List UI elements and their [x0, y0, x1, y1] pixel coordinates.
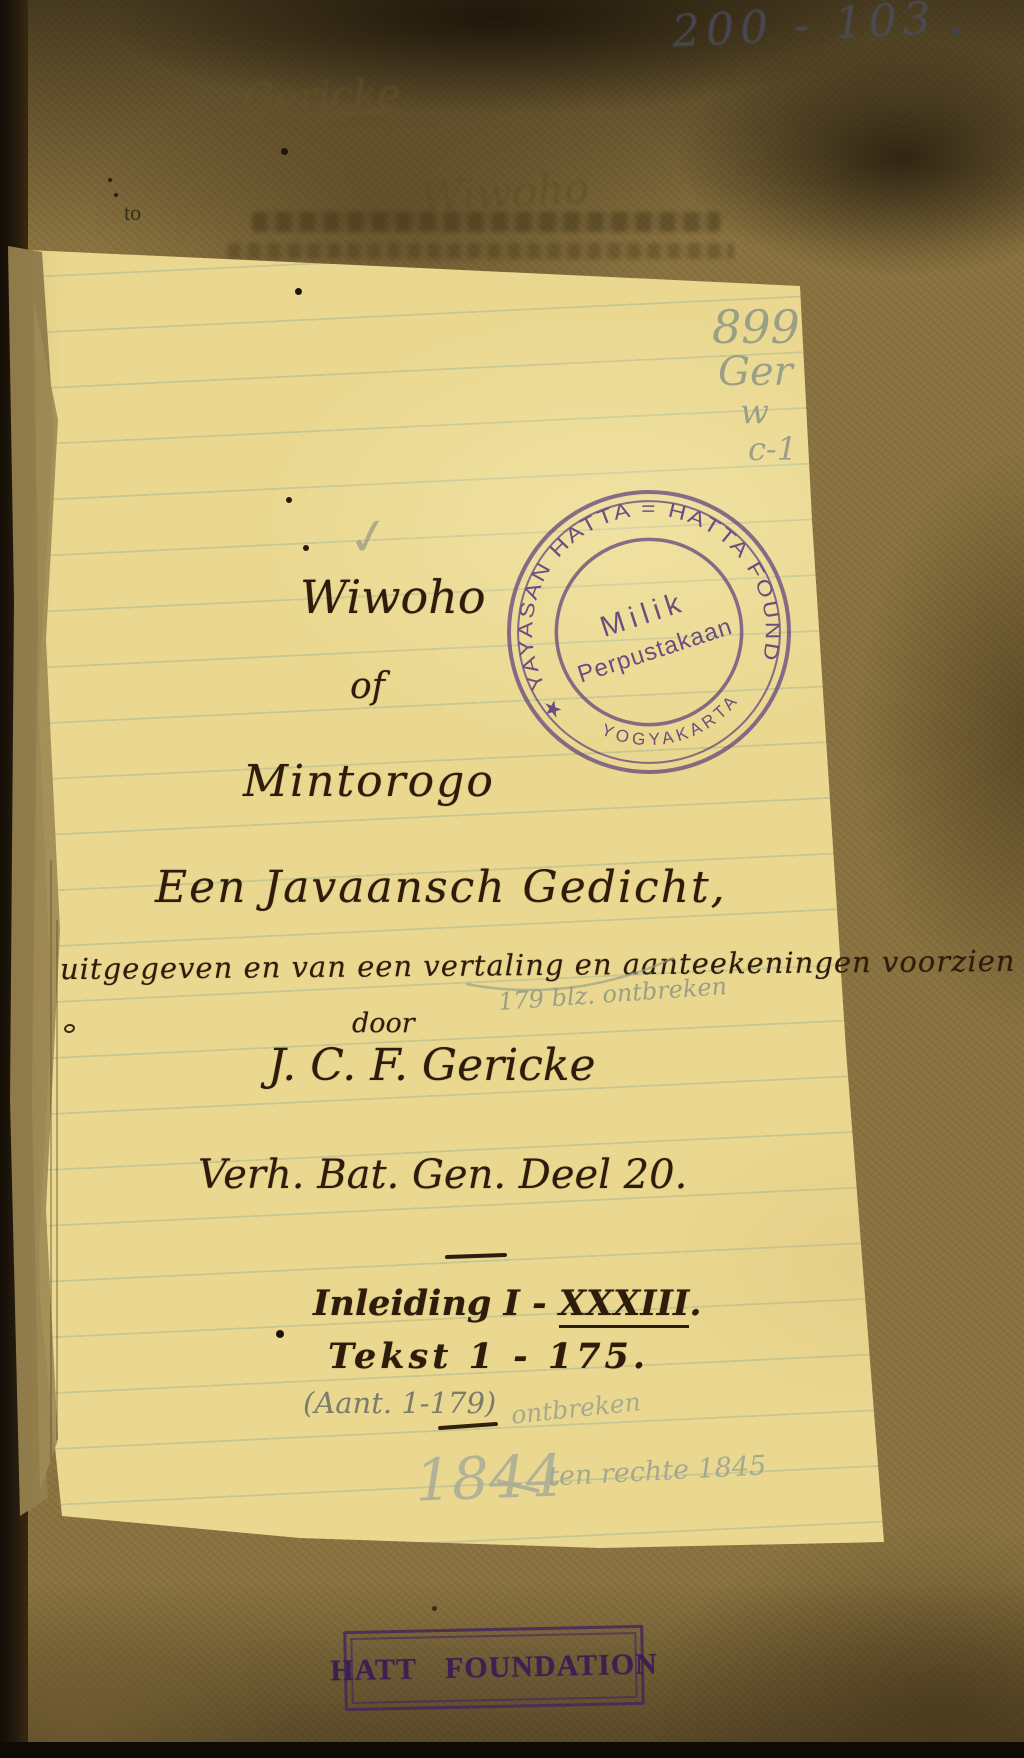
foundation-stamp-word1: HATT: [330, 1653, 417, 1689]
paper-crease: [50, 860, 52, 1460]
stamp-city-text: YOGYAKARTA: [595, 687, 749, 764]
call-number-copy: c-1: [748, 431, 840, 468]
ink-speck: [295, 288, 302, 295]
svg-text:YOGYAKARTA: YOGYAKARTA: [595, 687, 749, 764]
call-number-author: Ger: [718, 350, 840, 394]
author-name: J. C. F. Gericke: [268, 1040, 596, 1091]
ink-dot: [952, 28, 960, 36]
series-reference: Verh. Bat. Gen. Deel 20.: [198, 1152, 687, 1198]
title-line-mintorogo: Mintorogo: [243, 756, 495, 807]
ink-speck: [108, 178, 112, 182]
title-line-of: of: [350, 666, 385, 707]
ghost-author-inscription: Gericke: [242, 71, 401, 122]
subtitle-javaansch-gedicht: Een Javaansch Gedicht,: [155, 862, 727, 913]
book-cover-photo: 200 - 103 Gericke to Wiwoho 899 Ger w c-…: [0, 0, 1024, 1758]
aant-range: (Aant. 1-179): [303, 1386, 496, 1420]
faded-print-smudge: [252, 212, 720, 232]
ink-speck: [114, 193, 118, 197]
photo-bottom-edge: [0, 1742, 1024, 1758]
paper-crease: [56, 920, 58, 1440]
foundation-stamp-word2: FOUNDATION: [445, 1648, 658, 1686]
ink-speck: [303, 545, 309, 551]
inleiding-suffix: .: [689, 1283, 701, 1324]
pencil-year: 1844: [414, 1441, 564, 1514]
inleiding-prefix: Inleiding I -: [313, 1283, 559, 1324]
contents-tekst-line: Tekst 1 - 175.: [328, 1336, 649, 1377]
title-line-wiwoho: Wiwoho: [300, 570, 486, 624]
ink-speck: [286, 497, 292, 503]
contents-aant-line: (Aant. 1-179) ontbreken: [303, 1386, 640, 1420]
faded-print-smudge: [228, 243, 734, 259]
ink-speck: [281, 148, 288, 155]
door-label: door: [352, 1008, 415, 1039]
call-number-title: w: [740, 394, 840, 431]
inleiding-numeral: XXXIII: [559, 1283, 690, 1328]
call-number-class: 899: [712, 304, 840, 350]
call-number: 899 Ger w c-1: [700, 304, 840, 468]
foundation-stamp-inner-border: HATT FOUNDATION: [350, 1632, 637, 1704]
to-label: to: [124, 200, 141, 226]
paper-hole: [276, 1330, 284, 1338]
contents-inleiding-line: Inleiding I - XXXIII.: [313, 1283, 702, 1324]
foundation-stamp: HATT FOUNDATION: [343, 1625, 645, 1711]
cover-speck: [432, 1606, 437, 1611]
